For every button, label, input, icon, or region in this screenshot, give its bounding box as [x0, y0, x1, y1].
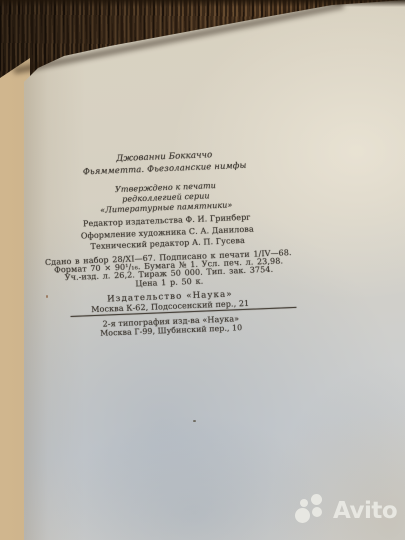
dust-speck	[193, 420, 196, 422]
dust-speck	[46, 295, 48, 298]
avito-wordmark: Avito	[333, 498, 397, 524]
avito-watermark: Avito	[293, 492, 397, 529]
book-listing-photo: Джованни Боккаччо Фьямметта. Фьезолански…	[0, 0, 405, 540]
colophon-text-block: Джованни Боккаччо Фьямметта. Фьезолански…	[0, 0, 348, 540]
avito-logo-icon	[293, 492, 330, 529]
